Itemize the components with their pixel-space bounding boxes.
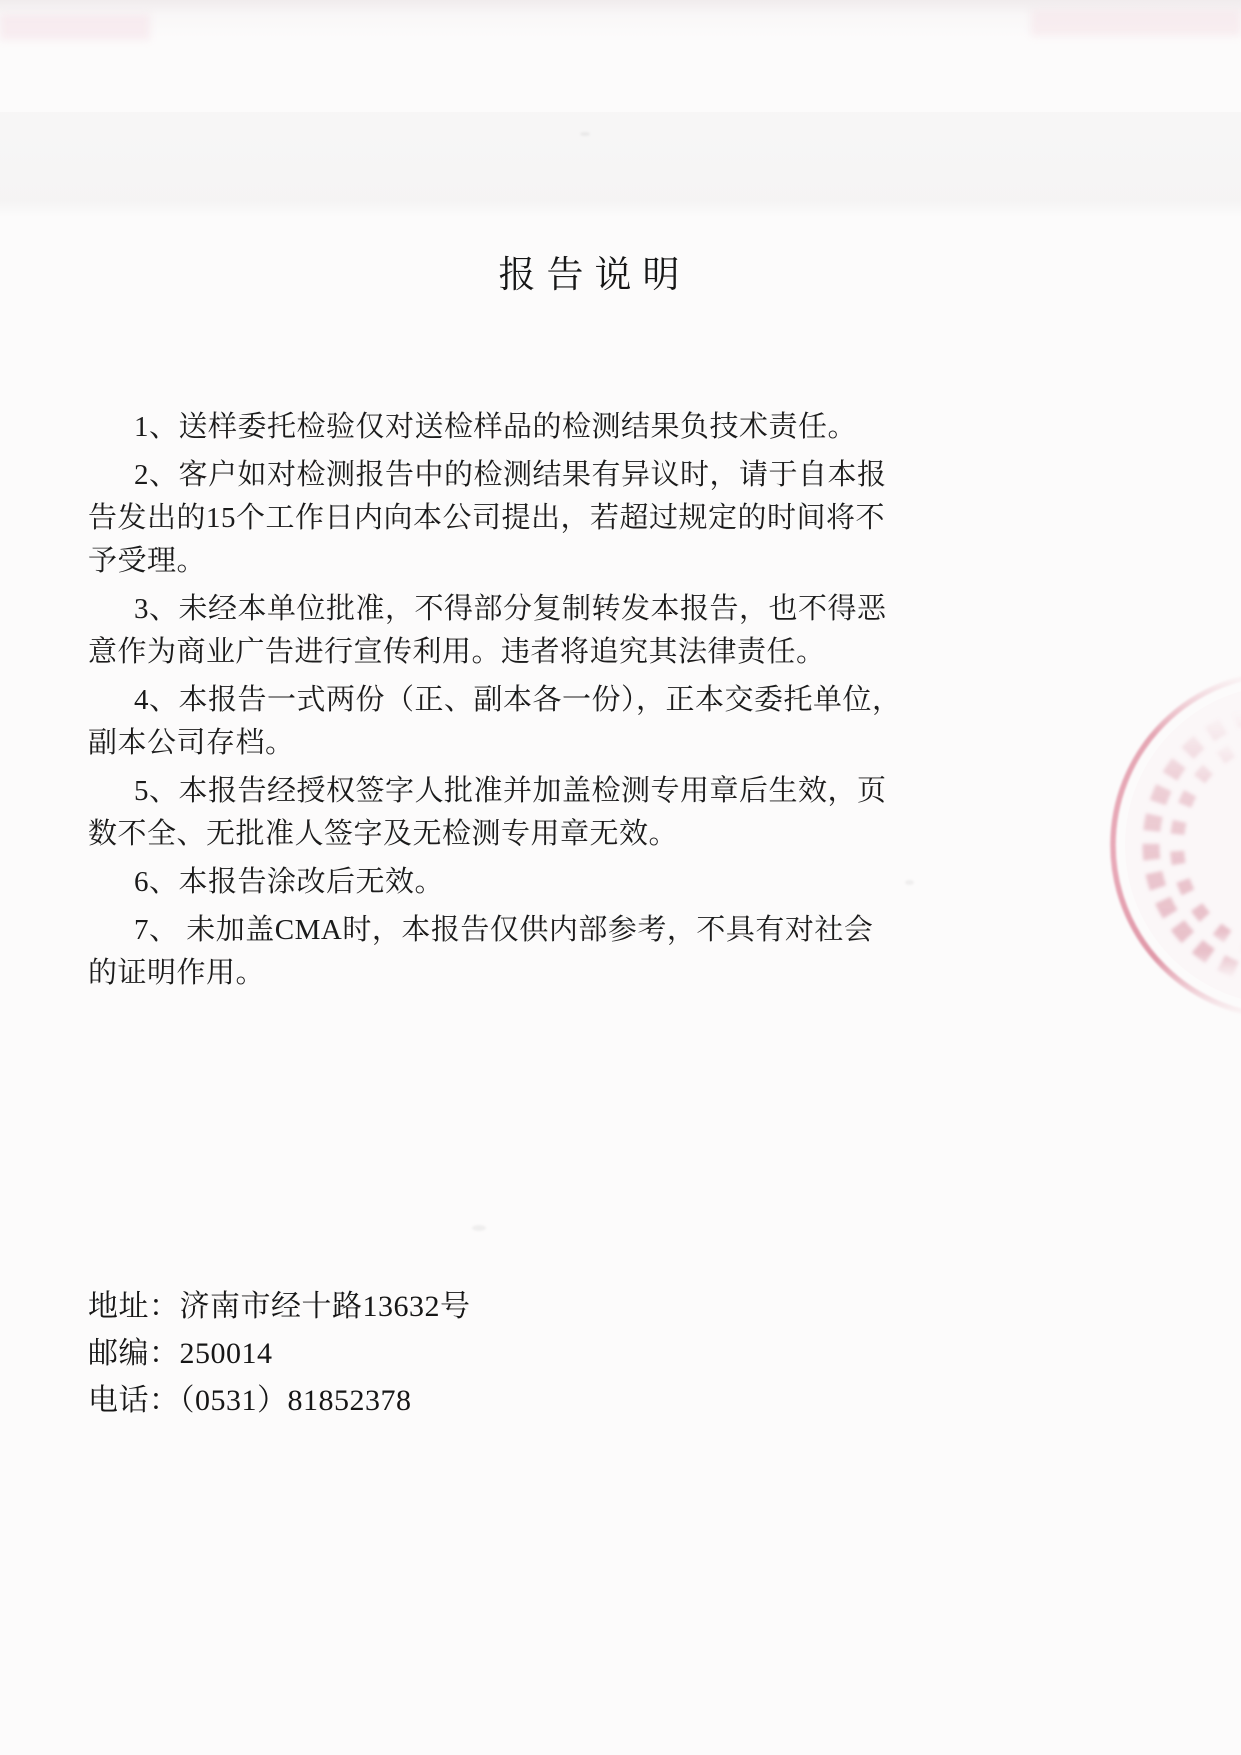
note-line: 4、本报告一式两份（正、副本各一份），正本交委托单位，: [88, 679, 878, 722]
note-line: 7、 未加盖CMA时，本报告仅供内部参考，不具有对社会: [88, 909, 878, 952]
page-title: 报告说明: [0, 244, 1215, 298]
note-line: 数不全、无批准人签字及无检测专用章无效。: [88, 813, 878, 856]
note-item-1: 1、送样委托检验仅对送检样品的检测结果负技术责任。: [88, 406, 878, 449]
phone-line: 电话：（0531）81852378: [88, 1377, 471, 1424]
note-line: 的证明作用。: [88, 952, 878, 995]
scan-speck: [472, 1225, 486, 1231]
note-item-5: 5、本报告经授权签字人批准并加盖检测专用章后生效，页 数不全、无批准人签字及无检…: [88, 770, 878, 856]
note-line: 意作为商业广告进行宣传利用。违者将追究其法律责任。: [88, 631, 878, 674]
scan-artifact-pink-left: [0, 14, 150, 40]
scan-speck: [580, 132, 590, 136]
contact-info: 地址：济南市经十路13632号 邮编：250014 电话：（0531）81852…: [88, 1283, 471, 1424]
note-line: 3、未经本单位批准，不得部分复制转发本报告，也不得恶: [88, 588, 878, 631]
phone-value: （0531）81852378: [180, 1384, 412, 1417]
phone-label: 电话：: [88, 1384, 180, 1417]
note-line: 5、本报告经授权签字人批准并加盖检测专用章后生效，页: [88, 770, 878, 813]
scan-artifact-gray-band: [0, 112, 1241, 217]
note-line: 2、客户如对检测报告中的检测结果有异议时，请于自本报: [88, 454, 878, 497]
note-item-3: 3、未经本单位批准，不得部分复制转发本报告，也不得恶 意作为商业广告进行宣传利用…: [88, 588, 878, 674]
document-page: 报告说明 1、送样委托检验仅对送检样品的检测结果负技术责任。 2、客户如对检测报…: [0, 0, 1241, 1755]
address-label: 地址：: [88, 1290, 180, 1323]
address-value: 济南市经十路13632号: [180, 1290, 471, 1323]
note-item-4: 4、本报告一式两份（正、副本各一份），正本交委托单位， 副本公司存档。: [88, 679, 878, 765]
postcode-line: 邮编：250014: [88, 1330, 471, 1377]
note-line: 告发出的15个工作日内向本公司提出，若超过规定的时间将不: [88, 497, 878, 540]
address-line: 地址：济南市经十路13632号: [88, 1283, 471, 1330]
note-item-7: 7、 未加盖CMA时，本报告仅供内部参考，不具有对社会 的证明作用。: [88, 909, 878, 995]
note-line: 6、本报告涂改后无效。: [88, 861, 878, 904]
note-line: 予受理。: [88, 540, 878, 583]
note-line: 副本公司存档。: [88, 722, 878, 765]
postcode-label: 邮编：: [88, 1337, 180, 1370]
scan-speck: [905, 880, 914, 885]
red-seal-stamp-icon: [1055, 615, 1241, 1035]
scan-artifact-pink-right: [1031, 10, 1241, 36]
note-item-6: 6、本报告涂改后无效。: [88, 861, 878, 904]
postcode-value: 250014: [180, 1337, 273, 1370]
note-item-2: 2、客户如对检测报告中的检测结果有异议时，请于自本报 告发出的15个工作日内向本…: [88, 454, 878, 583]
report-notes: 1、送样委托检验仅对送检样品的检测结果负技术责任。 2、客户如对检测报告中的检测…: [88, 406, 878, 1000]
note-line: 1、送样委托检验仅对送检样品的检测结果负技术责任。: [88, 406, 878, 449]
